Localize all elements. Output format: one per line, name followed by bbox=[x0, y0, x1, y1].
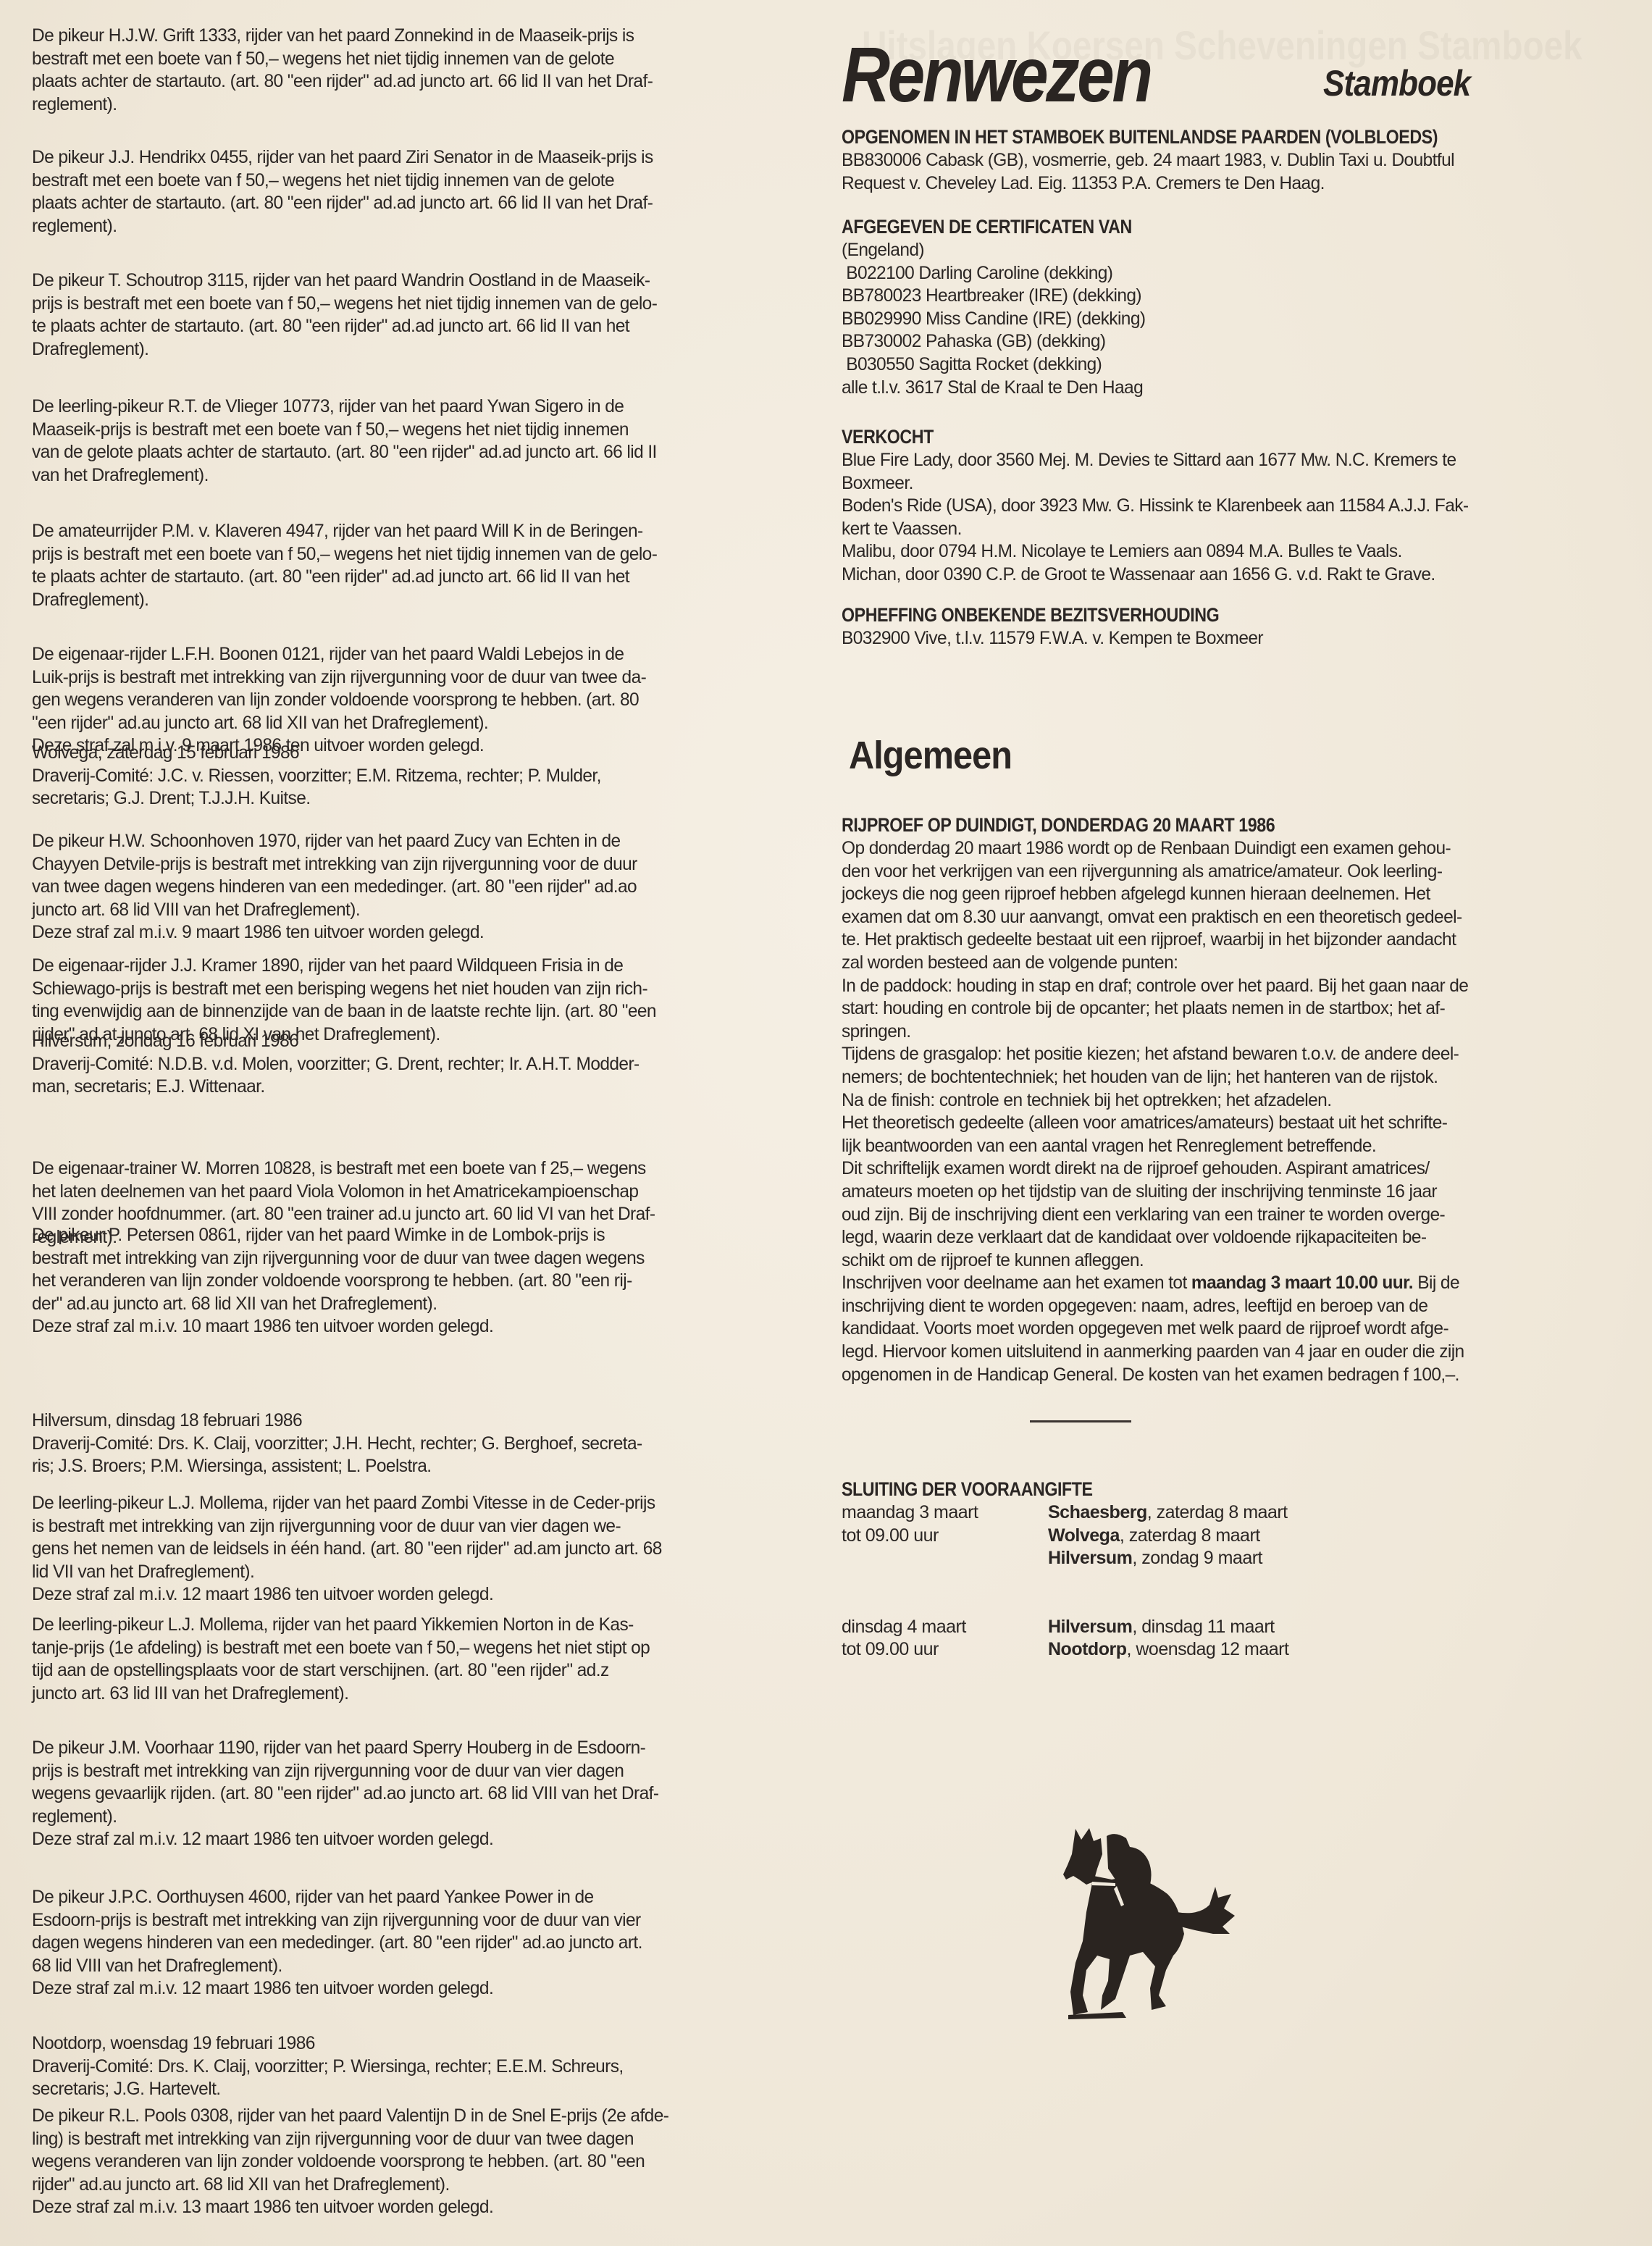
algemeen-title: Algemeen bbox=[849, 733, 1012, 778]
text-line: Deze straf zal m.i.v. 12 maart 1986 ten … bbox=[32, 1583, 790, 1606]
penalty-notice: De leerling-pikeur R.T. de Vlieger 10773… bbox=[32, 395, 790, 487]
text-line: De pikeur J.J. Hendrikx 0455, rijder van… bbox=[32, 146, 790, 169]
text-line: Hilversum, zondag 16 februari 1986 bbox=[32, 1030, 790, 1053]
text-line: (Engeland) bbox=[842, 239, 1608, 262]
text-line: Het theoretisch gedeelte (alleen voor am… bbox=[842, 1112, 1608, 1135]
text-line: Na de finish: controle en techniek bij h… bbox=[842, 1089, 1608, 1112]
deadline-line: Inschrijven voor deelname aan het examen… bbox=[842, 1272, 1608, 1295]
meeting-date: , zondag 9 maart bbox=[1132, 1548, 1262, 1568]
text-line: lijk beantwoorden van een aantal vragen … bbox=[842, 1135, 1608, 1158]
text-line: Boden's Ride (USA), door 3923 Mw. G. His… bbox=[842, 495, 1608, 518]
penalty-notice: De pikeur J.P.C. Oorthuysen 4600, rijder… bbox=[32, 1886, 790, 2000]
text-line: der" ad.au juncto art. 68 lid XII van he… bbox=[32, 1293, 790, 1316]
schedule-row: tot 09.00 uurWolvega, zaterdag 8 maart bbox=[842, 1525, 1493, 1548]
text-line: oud zijn. Bij de inschrijving dient een … bbox=[842, 1204, 1608, 1227]
text-line: start: houding en controle bij de opcant… bbox=[842, 997, 1608, 1021]
meeting-date: , woensdag 12 maart bbox=[1126, 1639, 1288, 1659]
text-line: plaats achter de startauto. (art. 80 "ee… bbox=[32, 192, 790, 215]
section-divider bbox=[1030, 1420, 1131, 1422]
text-line: juncto art. 63 lid III van het Drafregle… bbox=[32, 1683, 790, 1706]
meeting-place: Wolvega bbox=[1048, 1525, 1120, 1546]
text-line: van de gelote plaats achter de startauto… bbox=[32, 441, 790, 464]
text-line: Hilversum, dinsdag 18 februari 1986 bbox=[32, 1409, 790, 1433]
text-line: Draverij-Comité: N.D.B. v.d. Molen, voor… bbox=[32, 1053, 790, 1076]
closing-deadline: tot 09.00 uur bbox=[842, 1525, 1048, 1548]
text-line: BB029990 Miss Candine (IRE) (dekking) bbox=[842, 308, 1608, 331]
text-line: den voor het verkrijgen van een rijvergu… bbox=[842, 860, 1608, 884]
text-line: dagen wegens hinderen van een mededinger… bbox=[32, 1932, 790, 1955]
text-line: tanje-prijs (1e afdeling) is bestraft me… bbox=[32, 1637, 790, 1660]
text-line: prijs is bestraft met een boete van f 50… bbox=[32, 543, 790, 566]
text-line: Draverij-Comité: Drs. K. Claij, voorzitt… bbox=[32, 2056, 790, 2079]
closing-deadline: maandag 3 maart bbox=[842, 1501, 1048, 1525]
deadline-date: maandag 3 maart 10.00 uur. bbox=[1191, 1273, 1413, 1293]
text-line: amateurs moeten op het tijdstip van de s… bbox=[842, 1181, 1608, 1204]
penalty-notice: De pikeur H.W. Schoonhoven 1970, rijder … bbox=[32, 830, 790, 944]
text-line: Malibu, door 0794 H.M. Nicolaye te Lemie… bbox=[842, 540, 1608, 563]
text-line: opgenomen in de Handicap General. De kos… bbox=[842, 1364, 1608, 1387]
text-line: Deze straf zal m.i.v. 12 maart 1986 ten … bbox=[32, 1977, 790, 2000]
text-line: Deze straf zal m.i.v. 9 maart 1986 ten u… bbox=[32, 921, 790, 944]
text-line: Esdoorn-prijs is bestraft met intrekking… bbox=[32, 1909, 790, 1932]
text-line: te plaats achter de startauto. (art. 80 … bbox=[32, 566, 790, 589]
text-line: "een rijder" ad.au juncto art. 68 lid XI… bbox=[32, 712, 790, 735]
deadline-suffix: Bij de bbox=[1413, 1273, 1459, 1293]
text-line: juncto art. 68 lid VIII van het Drafregl… bbox=[32, 899, 790, 922]
text-line: BB730002 Pahaska (GB) (dekking) bbox=[842, 330, 1608, 353]
text-line: het veranderen van lijn zonder voldoende… bbox=[32, 1270, 790, 1293]
heading-opheffing: OPHEFFING ONBEKENDE BEZITSVERHOUDING bbox=[842, 604, 1219, 627]
text-line: prijs is bestraft met een boete van f 50… bbox=[32, 293, 790, 316]
text-line: schikt om de rijproef te kunnen afleggen… bbox=[842, 1249, 1608, 1273]
text-line: De pikeur J.M. Voorhaar 1190, rijder van… bbox=[32, 1737, 790, 1760]
text-line: bestraft met een boete van f 50,– wegens… bbox=[32, 169, 790, 193]
text-line: springen. bbox=[842, 1021, 1608, 1044]
schedule-row: dinsdag 4 maartHilversum, dinsdag 11 maa… bbox=[842, 1616, 1493, 1639]
text-line: Deze straf zal m.i.v. 12 maart 1986 ten … bbox=[32, 1828, 790, 1851]
penalty-notice: De pikeur J.M. Voorhaar 1190, rijder van… bbox=[32, 1737, 790, 1851]
text-line: De leerling-pikeur L.J. Mollema, rijder … bbox=[32, 1614, 790, 1637]
text-line: In de paddock: houding in stap en draf; … bbox=[842, 975, 1608, 998]
text-line: Blue Fire Lady, door 3560 Mej. M. Devies… bbox=[842, 449, 1608, 472]
meeting-entry: Hilversum, dinsdag 11 maart bbox=[1048, 1616, 1275, 1639]
text-line: Michan, door 0390 C.P. de Groot te Wasse… bbox=[842, 563, 1608, 587]
masthead-title: Renwezen bbox=[842, 29, 1151, 120]
opgenomen-body: BB830006 Cabask (GB), vosmerrie, geb. 24… bbox=[842, 149, 1608, 195]
sluiting-schedule: maandag 3 maartSchaesberg, zaterdag 8 ma… bbox=[842, 1501, 1493, 1662]
penalty-notice: De pikeur R.L. Pools 0308, rijder van he… bbox=[32, 2105, 790, 2219]
text-line: De eigenaar-rijder J.J. Kramer 1890, rij… bbox=[32, 955, 790, 978]
text-line: Nootdorp, woensdag 19 februari 1986 bbox=[32, 2032, 790, 2056]
text-line: reglement). bbox=[32, 93, 790, 117]
penalty-notice: De eigenaar-rijder L.F.H. Boonen 0121, r… bbox=[32, 643, 790, 758]
text-line: De pikeur J.P.C. Oorthuysen 4600, rijder… bbox=[32, 1886, 790, 1909]
text-line: BB830006 Cabask (GB), vosmerrie, geb. 24… bbox=[842, 149, 1608, 172]
text-line: legd. Hiervoor komen uitsluitend in aanm… bbox=[842, 1341, 1608, 1364]
certificaten-body: (Engeland) B022100 Darling Caroline (dek… bbox=[842, 239, 1608, 399]
text-line: reglement). bbox=[32, 1806, 790, 1829]
deadline-prefix: Inschrijven voor deelname aan het examen… bbox=[842, 1273, 1191, 1293]
text-line: Schiewago-prijs is bestraft met een beri… bbox=[32, 978, 790, 1001]
text-line: is bestraft met intrekking van zijn rijv… bbox=[32, 1515, 790, 1538]
heading-rijproef: RIJPROEF OP DUINDIGT, DONDERDAG 20 MAART… bbox=[842, 814, 1275, 837]
text-line: kert te Vaassen. bbox=[842, 518, 1608, 541]
schedule-row: maandag 3 maartSchaesberg, zaterdag 8 ma… bbox=[842, 1501, 1493, 1525]
heading-verkocht: VERKOCHT bbox=[842, 426, 934, 448]
text-line: Boxmeer. bbox=[842, 472, 1608, 495]
text-line: B022100 Darling Caroline (dekking) bbox=[842, 262, 1608, 285]
meeting-entry: Hilversum, zondag 9 maart bbox=[1048, 1547, 1262, 1570]
text-line: 68 lid VIII van het Drafreglement). bbox=[32, 1955, 790, 1978]
text-line: het laten deelnemen van het paard Viola … bbox=[32, 1181, 790, 1204]
text-line: Deze straf zal m.i.v. 13 maart 1986 ten … bbox=[32, 2196, 790, 2219]
meeting-header: Nootdorp, woensdag 19 februari 1986Drave… bbox=[32, 2032, 790, 2101]
closing-deadline: dinsdag 4 maart bbox=[842, 1616, 1048, 1639]
text-line: van twee dagen wegens hinderen van een m… bbox=[32, 876, 790, 899]
meeting-place: Schaesberg bbox=[1048, 1502, 1147, 1522]
text-line: gen wegens veranderen van lijn zonder vo… bbox=[32, 689, 790, 712]
text-line: De eigenaar-trainer W. Morren 10828, is … bbox=[32, 1157, 790, 1181]
schedule-row: Hilversum, zondag 9 maart bbox=[842, 1547, 1493, 1570]
text-line: van het Drafreglement). bbox=[32, 464, 790, 487]
meeting-entry: Schaesberg, zaterdag 8 maart bbox=[1048, 1501, 1288, 1525]
text-line: Wolvega, zaterdag 15 februari 1986 bbox=[32, 742, 790, 765]
heading-certificaten: AFGEGEVEN DE CERTIFICATEN VAN bbox=[842, 216, 1132, 238]
verkocht-body: Blue Fire Lady, door 3560 Mej. M. Devies… bbox=[842, 449, 1608, 587]
penalty-notice: De pikeur T. Schoutrop 3115, rijder van … bbox=[32, 269, 790, 361]
text-line: rijder" ad.au juncto art. 68 lid XII van… bbox=[32, 2174, 790, 2197]
text-line: secretaris; J.G. Hartevelt. bbox=[32, 2078, 790, 2101]
text-line: secretaris; G.J. Drent; T.J.J.H. Kuitse. bbox=[32, 787, 790, 810]
penalty-notice: De leerling-pikeur L.J. Mollema, rijder … bbox=[32, 1492, 790, 1606]
text-line: B030550 Sagitta Rocket (dekking) bbox=[842, 353, 1608, 377]
text-line: Op donderdag 20 maart 1986 wordt op de R… bbox=[842, 837, 1608, 860]
text-line: Maaseik-prijs is bestraft met een boete … bbox=[32, 419, 790, 442]
text-line: De pikeur P. Petersen 0861, rijder van h… bbox=[32, 1224, 790, 1247]
text-line: De pikeur H.W. Schoonhoven 1970, rijder … bbox=[32, 830, 790, 853]
text-line: prijs is bestraft met intrekking van zij… bbox=[32, 1760, 790, 1783]
text-line: Deze straf zal m.i.v. 10 maart 1986 ten … bbox=[32, 1315, 790, 1338]
heading-opgenomen: OPGENOMEN IN HET STAMBOEK BUITENLANDSE P… bbox=[842, 126, 1438, 148]
meeting-date: , zaterdag 8 maart bbox=[1147, 1502, 1288, 1522]
meeting-date: , zaterdag 8 maart bbox=[1120, 1525, 1260, 1546]
meeting-header: Wolvega, zaterdag 15 februari 1986Draver… bbox=[32, 742, 790, 810]
meeting-place: Hilversum bbox=[1048, 1617, 1132, 1637]
meeting-place: Hilversum bbox=[1048, 1548, 1132, 1568]
closing-deadline bbox=[842, 1547, 1048, 1570]
text-line: Request v. Cheveley Lad. Eig. 11353 P.A.… bbox=[842, 172, 1608, 196]
text-line: De leerling-pikeur R.T. de Vlieger 10773… bbox=[32, 395, 790, 419]
text-line: lid VII van het Drafreglement). bbox=[32, 1561, 790, 1584]
text-line: legd, waarin deze verklaart dat de kandi… bbox=[842, 1226, 1608, 1249]
penalty-notice: De pikeur H.J.W. Grift 1333, rijder van … bbox=[32, 25, 790, 116]
text-line: Draverij-Comité: Drs. K. Claij, voorzitt… bbox=[32, 1433, 790, 1456]
meeting-date: , dinsdag 11 maart bbox=[1132, 1617, 1274, 1637]
section-label: Stamboek bbox=[1323, 62, 1470, 104]
text-line: B032900 Vive, t.l.v. 11579 F.W.A. v. Kem… bbox=[842, 627, 1608, 650]
rijproef-body: Op donderdag 20 maart 1986 wordt op de R… bbox=[842, 837, 1608, 1386]
text-line: zal worden besteed aan de volgende punte… bbox=[842, 952, 1608, 975]
text-line: ting evenwijdig aan de binnenzijde van d… bbox=[32, 1000, 790, 1023]
text-line: De pikeur T. Schoutrop 3115, rijder van … bbox=[32, 269, 790, 293]
penalty-notice: De leerling-pikeur L.J. Mollema, rijder … bbox=[32, 1614, 790, 1705]
text-line: wegens veranderen van lijn zonder voldoe… bbox=[32, 2150, 790, 2174]
text-line: man, secretaris; E.J. Wittenaar. bbox=[32, 1076, 790, 1099]
text-line: inschrijving dient te worden opgegeven: … bbox=[842, 1295, 1608, 1318]
text-line: wegens gevaarlijk rijden. (art. 80 "een … bbox=[32, 1782, 790, 1806]
text-line: De amateurrijder P.M. v. Klaveren 4947, … bbox=[32, 520, 790, 543]
text-line: Dit schriftelijk examen wordt direkt na … bbox=[842, 1157, 1608, 1181]
text-line: jockeys die nog geen rijproef hebben afg… bbox=[842, 883, 1608, 906]
text-line: reglement). bbox=[32, 215, 790, 238]
penalty-notice: De pikeur P. Petersen 0861, rijder van h… bbox=[32, 1224, 790, 1338]
text-line: Drafreglement). bbox=[32, 338, 790, 361]
text-line: alle t.l.v. 3617 Stal de Kraal te Den Ha… bbox=[842, 377, 1608, 400]
text-line: plaats achter de startauto. (art. 80 "ee… bbox=[32, 70, 790, 93]
schedule-gap bbox=[842, 1570, 1493, 1616]
text-line: tijd aan de opstellingsplaats voor de st… bbox=[32, 1659, 790, 1683]
text-line: BB780023 Heartbreaker (IRE) (dekking) bbox=[842, 285, 1608, 308]
text-line: De leerling-pikeur L.J. Mollema, rijder … bbox=[32, 1492, 790, 1515]
text-line: kandidaat. Voorts moet worden opgegeven … bbox=[842, 1317, 1608, 1341]
text-line: De pikeur R.L. Pools 0308, rijder van he… bbox=[32, 2105, 790, 2128]
text-line: te. Het praktisch gedeelte bestaat uit e… bbox=[842, 929, 1608, 952]
text-line: examen dat om 8.30 uur aanvangt, omvat e… bbox=[842, 906, 1608, 929]
text-line: ris; J.S. Broers; P.M. Wiersinga, assist… bbox=[32, 1455, 790, 1478]
text-line: Chayyen Detvile-prijs is bestraft met in… bbox=[32, 853, 790, 876]
text-line: ling) is bestraft met intrekking van zij… bbox=[32, 2128, 790, 2151]
text-line: Tijdens de grasgalop: het positie kiezen… bbox=[842, 1043, 1608, 1066]
closing-deadline: tot 09.00 uur bbox=[842, 1638, 1048, 1662]
text-line: bestraft met een boete van f 50,– wegens… bbox=[32, 48, 790, 71]
meeting-header: Hilversum, dinsdag 18 februari 1986Drave… bbox=[32, 1409, 790, 1478]
text-line: De pikeur H.J.W. Grift 1333, rijder van … bbox=[32, 25, 790, 48]
text-line: nemers; de bochtentechniek; het houden v… bbox=[842, 1066, 1608, 1089]
text-line: te plaats achter de startauto. (art. 80 … bbox=[32, 315, 790, 338]
text-line: De eigenaar-rijder L.F.H. Boonen 0121, r… bbox=[32, 643, 790, 666]
racehorse-jockey-icon bbox=[1057, 1825, 1238, 2021]
schedule-row: tot 09.00 uurNootdorp, woensdag 12 maart bbox=[842, 1638, 1493, 1662]
meeting-entry: Wolvega, zaterdag 8 maart bbox=[1048, 1525, 1260, 1548]
meeting-place: Nootdorp bbox=[1048, 1639, 1126, 1659]
meeting-header: Hilversum, zondag 16 februari 1986Draver… bbox=[32, 1030, 790, 1099]
text-line: Drafreglement). bbox=[32, 589, 790, 612]
text-line: bestraft met intrekking van zijn rijverg… bbox=[32, 1247, 790, 1270]
opheffing-body: B032900 Vive, t.l.v. 11579 F.W.A. v. Kem… bbox=[842, 627, 1608, 650]
text-line: Luik-prijs is bestraft met intrekking va… bbox=[32, 666, 790, 690]
heading-sluiting: SLUITING DER VOORAANGIFTE bbox=[842, 1478, 1093, 1501]
text-line: gens het nemen van de leidsels in één ha… bbox=[32, 1538, 790, 1561]
meeting-entry: Nootdorp, woensdag 12 maart bbox=[1048, 1638, 1288, 1662]
text-line: VIII zonder hoofdnummer. (art. 80 "een t… bbox=[32, 1203, 790, 1226]
penalty-notice: De pikeur J.J. Hendrikx 0455, rijder van… bbox=[32, 146, 790, 238]
penalty-notice: De amateurrijder P.M. v. Klaveren 4947, … bbox=[32, 520, 790, 611]
text-line: Draverij-Comité: J.C. v. Riessen, voorzi… bbox=[32, 765, 790, 788]
